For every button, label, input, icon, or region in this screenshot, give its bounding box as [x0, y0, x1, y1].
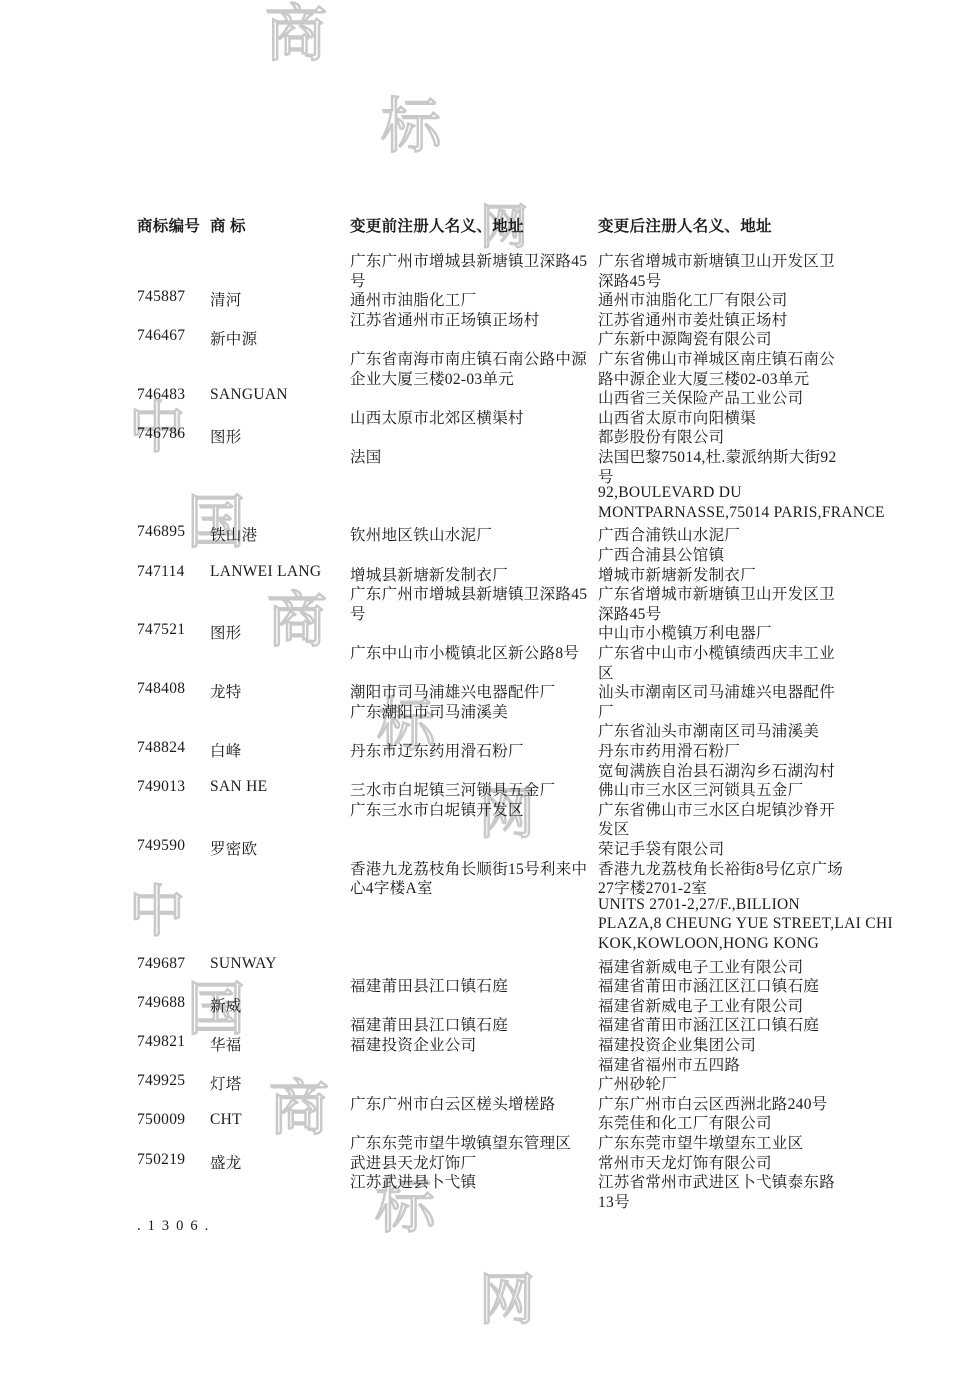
table-line: 广东省汕头市潮南区司马浦溪美 — [0, 719, 980, 739]
cell-trademark-number: 749590 — [137, 837, 185, 855]
table-line: 宽甸满族自治县石湖沟乡石湖沟村 — [0, 759, 980, 779]
cell-trademark-number: 746895 — [137, 523, 185, 541]
table-line: 749925 灯塔 广州砂轮厂 — [0, 1072, 980, 1092]
table-line: 发区 — [0, 817, 980, 837]
cell-trademark-number: 749688 — [137, 994, 185, 1012]
page-content: 商标编号 商 标 变更前注册人名义、地址 变更后注册人名义、地址 广东广州市增城… — [0, 0, 980, 1400]
cell-trademark-number: 748408 — [137, 680, 185, 698]
column-header-after-change: 变更后注册人名义、地址 — [598, 214, 772, 236]
cell-trademark-number: 747521 — [137, 621, 185, 639]
cell-trademark-number: 749013 — [137, 778, 185, 796]
cell-trademark-number: 746483 — [137, 386, 185, 404]
table-line: 750219 盛龙 武进县天龙灯饰厂 常州市天龙灯饰有限公司 — [0, 1151, 980, 1171]
cell-after-change: 13号 — [598, 1190, 630, 1212]
table-line: 746895 铁山港 钦州地区铁山水泥厂 广西合浦铁山水泥厂 — [0, 523, 980, 543]
table-line: 749590 罗密欧 荣记手袋有限公司 — [0, 837, 980, 857]
table-line: 748824 白峰 丹东市辽东药用滑石粉厂 丹东市药用滑石粉厂 — [0, 739, 980, 759]
table-line: 广东潮阳市司马浦溪美 厂 — [0, 700, 980, 720]
table-line: 法国 法国巴黎75014,杜.蒙派纳斯大街92 — [0, 445, 980, 465]
cell-after-change: KOK,KOWLOON,HONG KONG — [598, 935, 819, 953]
cell-trademark-number: 746467 — [137, 327, 185, 345]
table-line: 746467 新中源 广东新中源陶瓷有限公司 — [0, 327, 980, 347]
column-header-before-change: 变更前注册人名义、地址 — [350, 214, 524, 236]
table-line: 92,BOULEVARD DU — [0, 484, 980, 504]
table-line: 749013 SAN HE 三水市白坭镇三河锁具五金厂 佛山市三水区三河锁具五金… — [0, 778, 980, 798]
table-line: 广东广州市白云区槎头增槎路 广东广州市白云区西洲北路240号 — [0, 1092, 980, 1112]
table-line: 广东广州市增城县新塘镇卫深路45 广东省增城市新塘镇卫山开发区卫 — [0, 249, 980, 269]
cell-trademark-number: 750009 — [137, 1111, 185, 1129]
table-line: 745887 清河 通州市油脂化工厂 通州市油脂化工厂有限公司 — [0, 288, 980, 308]
table-line: 749821 华福 福建投资企业公司 福建投资企业集团公司 — [0, 1033, 980, 1053]
table-line: 江苏省通州市正场镇正场村 江苏省通州市姜灶镇正场村 — [0, 308, 980, 328]
cell-after-change: PLAZA,8 CHEUNG YUE STREET,LAI CHI — [598, 915, 893, 933]
table-line: 746483 SANGUAN 山西省三关保险产品工业公司 — [0, 386, 980, 406]
table-line: 广东省南海市南庄镇石南公路中源 广东省佛山市禅城区南庄镇石南公 — [0, 347, 980, 367]
table-header-row: 商标编号 商 标 变更前注册人名义、地址 变更后注册人名义、地址 — [0, 214, 980, 234]
table-line: 13号 — [0, 1190, 980, 1210]
table-line: 山西太原市北郊区横渠村 山西省太原市向阳横渠 — [0, 406, 980, 426]
table-line: 749688 新威 福建省新威电子工业有限公司 — [0, 994, 980, 1014]
table-line: 号 — [0, 465, 980, 485]
table-line: 区 — [0, 661, 980, 681]
table-line: 广东东莞市望牛墩镇望东管理区 广东东莞市望牛墩望东工业区 — [0, 1131, 980, 1151]
cell-trademark-name: SANGUAN — [210, 386, 288, 404]
cell-trademark-number: 749821 — [137, 1033, 185, 1051]
table-line: 广西合浦县公馆镇 — [0, 543, 980, 563]
cell-trademark-number: 749925 — [137, 1072, 185, 1090]
cell-trademark-number: 747114 — [137, 563, 185, 581]
cell-trademark-number: 748824 — [137, 739, 185, 757]
table-line: 号 深路45号 — [0, 602, 980, 622]
column-header-trademark-number: 商标编号 — [137, 214, 200, 236]
cell-trademark-number: 749687 — [137, 955, 185, 973]
table-line: 福建莆田县江口镇石庭 福建省莆田市涵江区江口镇石庭 — [0, 1013, 980, 1033]
table-line: MONTPARNASSE,75014 PARIS,FRANCE — [0, 504, 980, 524]
table-line: 福建莆田县江口镇石庭 福建省莆田市涵江区江口镇石庭 — [0, 974, 980, 994]
table-line: PLAZA,8 CHEUNG YUE STREET,LAI CHI — [0, 915, 980, 935]
cell-after-change: MONTPARNASSE,75014 PARIS,FRANCE — [598, 504, 885, 522]
table-line: 748408 龙特 潮阳市司马浦雄兴电器配件厂 汕头市潮南区司马浦雄兴电器配件 — [0, 680, 980, 700]
cell-after-change: 92,BOULEVARD DU — [598, 484, 742, 502]
table-line: 号 深路45号 — [0, 269, 980, 289]
table-line: 企业大厦三楼02-03单元 路中源企业大厦三楼02-03单元 — [0, 367, 980, 387]
table-line: 750009 CHT 东莞佳和化工厂有限公司 — [0, 1111, 980, 1131]
cell-trademark-number: 746786 — [137, 425, 185, 443]
cell-trademark-number: 750219 — [137, 1151, 185, 1169]
table-line: 福建省福州市五四路 — [0, 1053, 980, 1073]
table-line: 广东广州市增城县新塘镇卫深路45 广东省增城市新塘镇卫山开发区卫 — [0, 582, 980, 602]
cell-trademark-name: CHT — [210, 1111, 242, 1129]
table-line: 746786 图形 都彭股份有限公司 — [0, 425, 980, 445]
table-line: 747521 图形 中山市小榄镇万利电器厂 — [0, 621, 980, 641]
cell-trademark-name: SAN HE — [210, 778, 267, 796]
table-line: 广东中山市小榄镇北区新公路8号 广东省中山市小榄镇绩西庆丰工业 — [0, 641, 980, 661]
table-line: 心4字楼A室 27字楼2701-2室 — [0, 876, 980, 896]
table-line: 广东三水市白坭镇开发区 广东省佛山市三水区白坭镇沙脊开 — [0, 798, 980, 818]
column-header-trademark-name: 商 标 — [210, 214, 246, 236]
page-number: .1306. — [137, 1218, 215, 1235]
cell-trademark-name: SUNWAY — [210, 955, 277, 973]
cell-after-change: UNITS 2701-2,27/F.,BILLION — [598, 896, 800, 914]
cell-trademark-name: LANWEI LANG — [210, 563, 321, 581]
table-line: 747114 LANWEI LANG 增城县新塘新发制衣厂 增城市新塘新发制衣厂 — [0, 563, 980, 583]
table-line: 749687 SUNWAY 福建省新威电子工业有限公司 — [0, 955, 980, 975]
gazette-page: 商标网中国商标网中国商标网 商标编号 商 标 变更前注册人名义、地址 变更后注册… — [0, 0, 980, 1400]
table-line: 江苏武进县卜弋镇 江苏省常州市武进区卜弋镇泰东路 — [0, 1170, 980, 1190]
table-line: UNITS 2701-2,27/F.,BILLION — [0, 896, 980, 916]
cell-trademark-number: 745887 — [137, 288, 185, 306]
table-line: KOK,KOWLOON,HONG KONG — [0, 935, 980, 955]
table-line: 香港九龙荔枝角长顺街15号利来中 香港九龙荔枝角长裕街8号亿京广场 — [0, 857, 980, 877]
